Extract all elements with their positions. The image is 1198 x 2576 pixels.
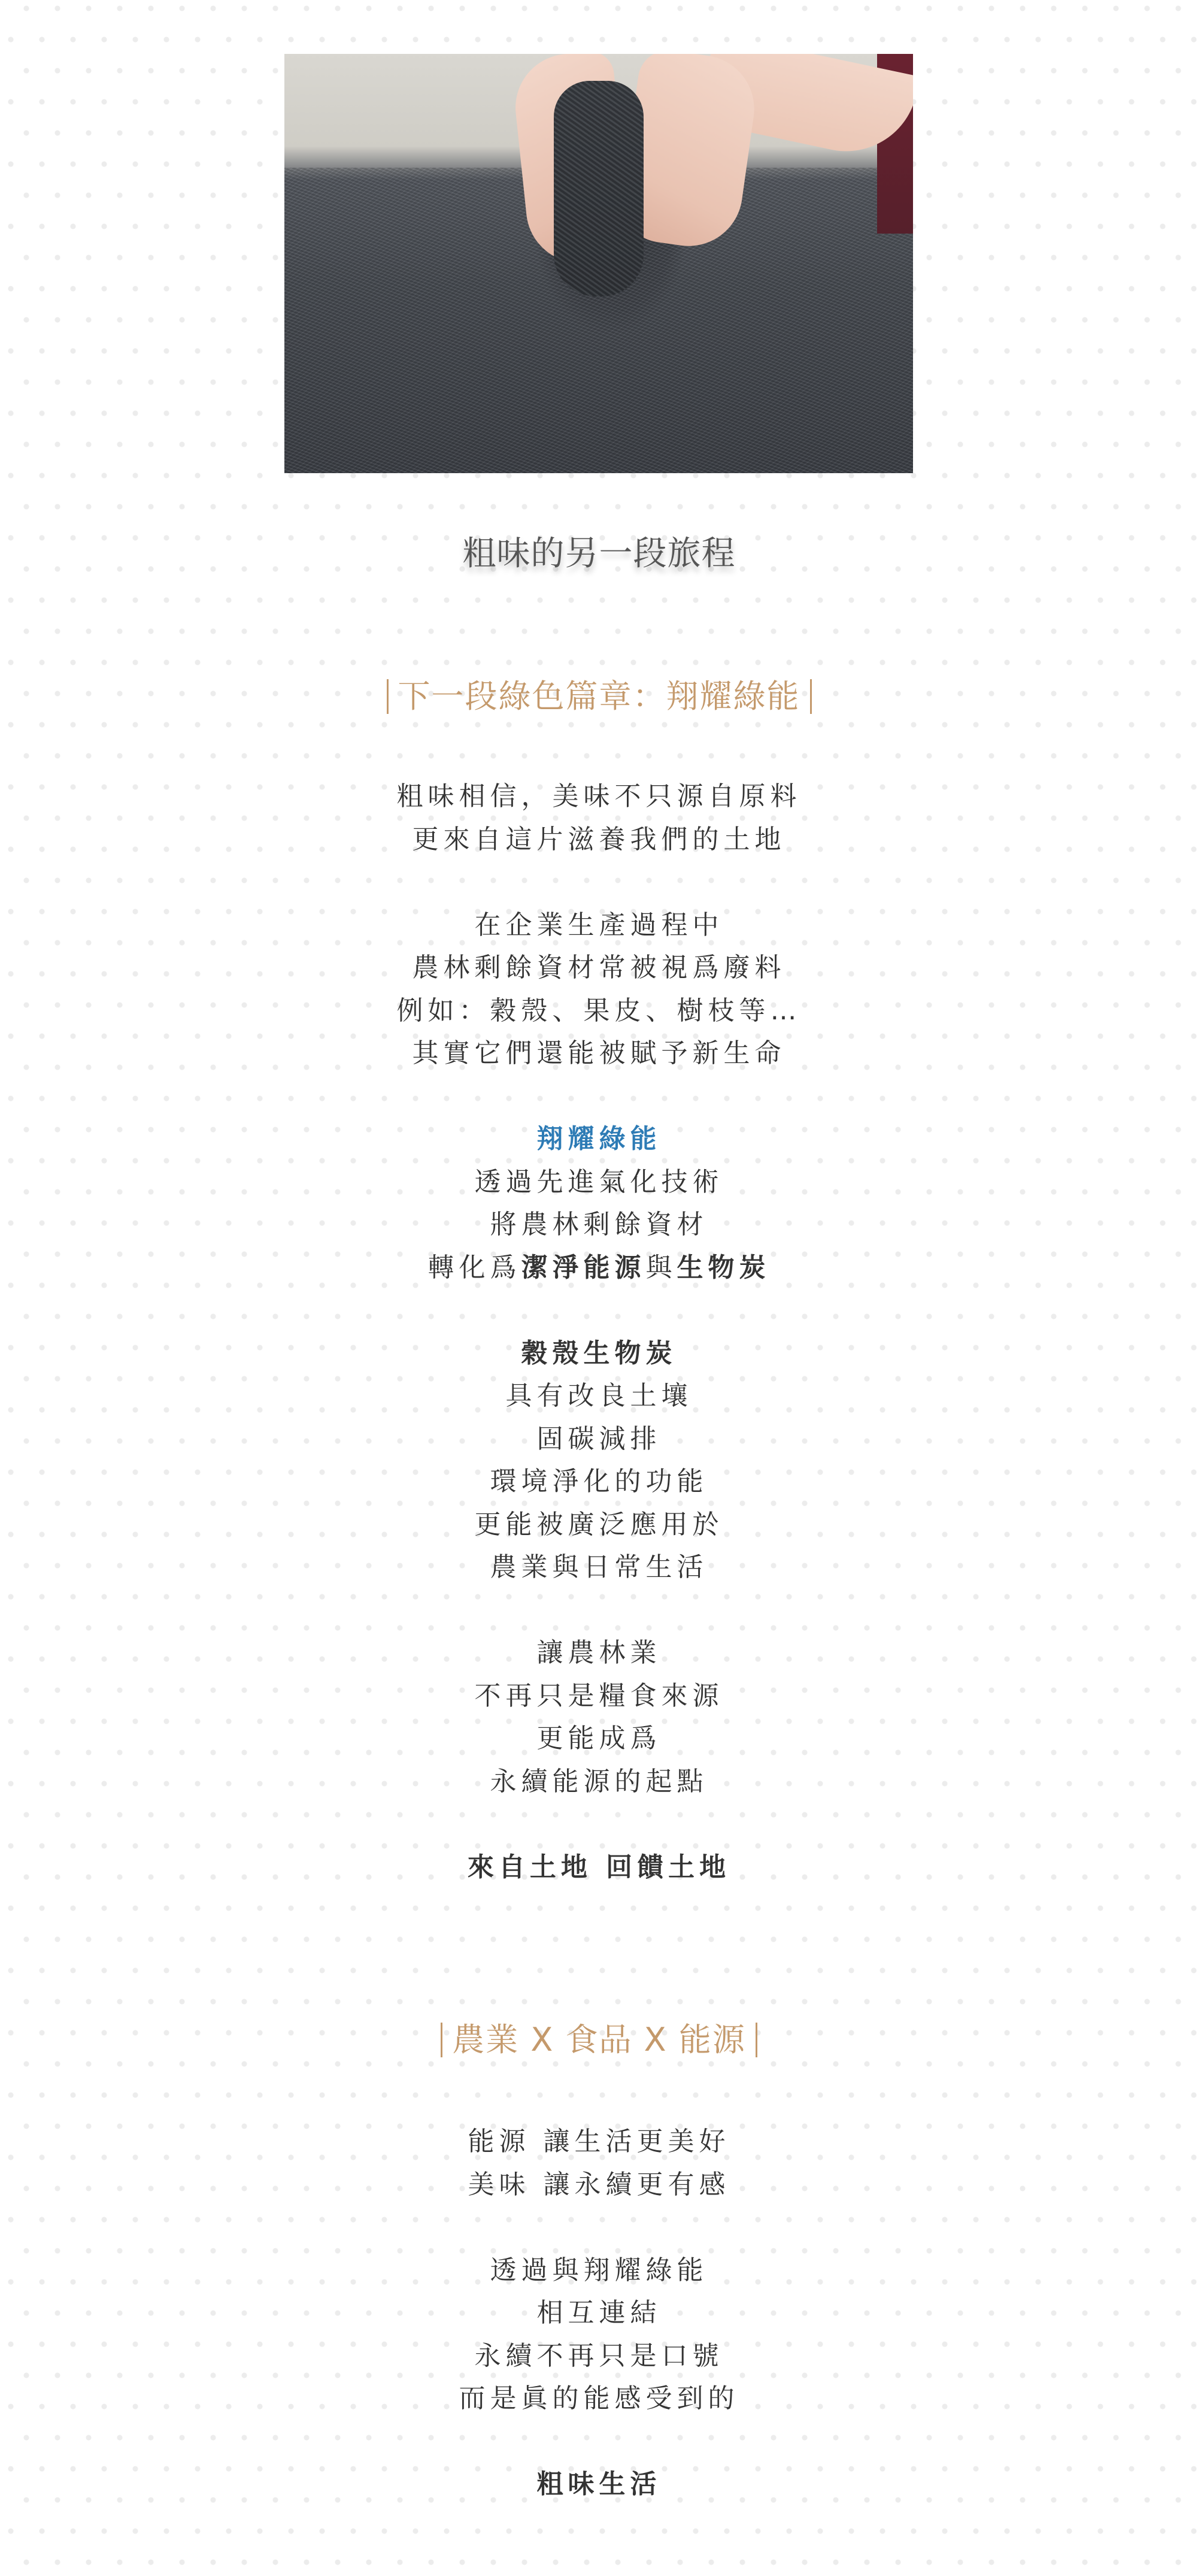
paragraph-spacer [0, 861, 1198, 904]
text-line: 透過先進氣化技術 [0, 1161, 1198, 1204]
paragraph-spacer [0, 2206, 1198, 2249]
emphasis-biochar: 生物炭 [677, 1252, 771, 1283]
tagline-from-land-to-land: 來自土地 回饋土地 [0, 1846, 1198, 1889]
text-line: 透過與翔耀綠能 [0, 2249, 1198, 2292]
text-line: 在企業生產過程中 [0, 904, 1198, 947]
text-line: 能源 讓生活更美好 [0, 2120, 1198, 2163]
section-heading-text: 農業 X 食品 X 能源 [452, 2016, 746, 2064]
text-line: 而是眞的能感受到的 [0, 2377, 1198, 2420]
section-1-body: 粗味相信，美味不只源自原料 更來自這片滋養我們的土地 在企業生產過程中 農林剩餘… [0, 775, 1198, 1888]
heading-bar-left [387, 679, 389, 714]
brand-name-highlight: 翔耀綠能 [0, 1118, 1198, 1161]
paragraph-spacer [0, 1075, 1198, 1118]
section-heading-text: 下一段綠色篇章：翔耀綠能 [398, 673, 800, 721]
text-line: 讓農林業 [0, 1631, 1198, 1675]
text-line: 永續不再只是口號 [0, 2335, 1198, 2378]
paragraph-spacer [0, 1589, 1198, 1632]
section-heading-green-chapter: 下一段綠色篇章：翔耀綠能 [0, 673, 1198, 721]
biochar-handful [554, 81, 644, 296]
text-line: 農業與日常生活 [0, 1546, 1198, 1589]
text-line: 美味 讓永續更有感 [0, 2163, 1198, 2206]
section-heading-agri-food-energy: 農業 X 食品 X 能源 [0, 2016, 1198, 2064]
paragraph-spacer [0, 2420, 1198, 2463]
section-2-body: 能源 讓生活更美好 美味 讓永續更有感 透過與翔耀綠能 相互連結 永續不再只是口… [0, 2120, 1198, 2506]
text-line: 不再只是糧食來源 [0, 1675, 1198, 1718]
text-line: 固碳減排 [0, 1418, 1198, 1461]
text-line: 具有改良土壤 [0, 1375, 1198, 1418]
text-line: 農林剩餘資材常被視爲廢料 [0, 946, 1198, 989]
emphasis-clean-energy: 潔淨能源 [521, 1252, 646, 1283]
hero-image [284, 54, 913, 473]
paragraph-spacer [0, 1803, 1198, 1846]
closing-brand-line: 粗味生活 [0, 2463, 1198, 2506]
heading-bar-right [756, 2023, 757, 2057]
text-line: 其實它們還能被賦予新生命 [0, 1032, 1198, 1075]
text-line: 更能成爲 [0, 1717, 1198, 1760]
text-line: 更來自這片滋養我們的土地 [0, 818, 1198, 861]
text-line-with-emphasis: 轉化爲潔淨能源與生物炭 [0, 1246, 1198, 1289]
text-line: 粗味相信，美味不只源自原料 [0, 775, 1198, 818]
heading-bar-left [441, 2023, 442, 2057]
text-line: 更能被廣泛應用於 [0, 1503, 1198, 1546]
text-line: 永續能源的起點 [0, 1760, 1198, 1803]
text-fragment: 轉化爲 [428, 1252, 521, 1283]
page-title: 粗味的另一段旅程 [0, 530, 1198, 578]
text-line: 例如：穀殼、果皮、樹枝等… [0, 989, 1198, 1033]
subheading-rice-husk-biochar: 穀殼生物炭 [0, 1332, 1198, 1375]
text-fragment: 與 [646, 1252, 677, 1283]
text-line: 將農林剩餘資材 [0, 1203, 1198, 1246]
text-line: 相互連結 [0, 2292, 1198, 2335]
text-line: 環境淨化的功能 [0, 1460, 1198, 1503]
heading-bar-right [810, 679, 812, 714]
paragraph-spacer [0, 1289, 1198, 1332]
